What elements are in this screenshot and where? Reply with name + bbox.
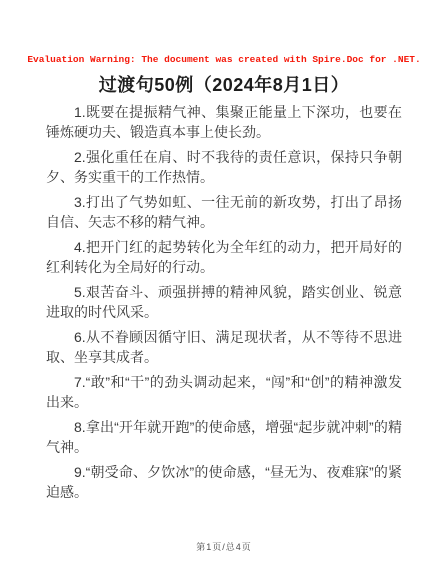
paragraph-1: 1.既要在提振精气神、集聚正能量上下深功，也要在锤炼硬功夫、锻造真本事上使长劲。 <box>46 97 402 142</box>
document-body: 1.既要在提振精气神、集聚正能量上下深功，也要在锤炼硬功夫、锻造真本事上使长劲。… <box>46 97 402 502</box>
paragraph-5: 5.艰苦奋斗、顽强拼搏的精神风貌，踏实创业、锐意进取的时代风采。 <box>46 277 402 322</box>
evaluation-warning-text: Evaluation Warning: The document was cre… <box>0 54 448 65</box>
document-title: 过渡句50例（2024年8月1日） <box>0 71 448 97</box>
paragraph-7: 7.“敢”和“干”的劲头调动起来，“闯”和“创”的精神激发出来。 <box>46 367 402 412</box>
paragraph-3: 3.打出了气势如虹、一往无前的新攻势，打出了昂扬自信、矢志不移的精气神。 <box>46 187 402 232</box>
paragraph-9: 9.“朝受命、夕饮冰”的使命感，“昼无为、夜难寐”的紧迫感。 <box>46 457 402 502</box>
paragraph-8: 8.拿出“开年就开跑”的使命感，增强“起步就冲刺”的精气神。 <box>46 412 402 457</box>
paragraph-6: 6.从不眷顾因循守旧、满足现状者，从不等待不思进取、坐享其成者。 <box>46 322 402 367</box>
page-number-footer: 第1页/总4页 <box>0 540 448 553</box>
paragraph-2: 2.强化重任在肩、时不我待的责任意识，保持只争朝夕、务实重干的工作热情。 <box>46 142 402 187</box>
document-page: Evaluation Warning: The document was cre… <box>0 0 448 580</box>
paragraph-4: 4.把开门红的起势转化为全年红的动力，把开局好的红利转化为全局好的行动。 <box>46 232 402 277</box>
